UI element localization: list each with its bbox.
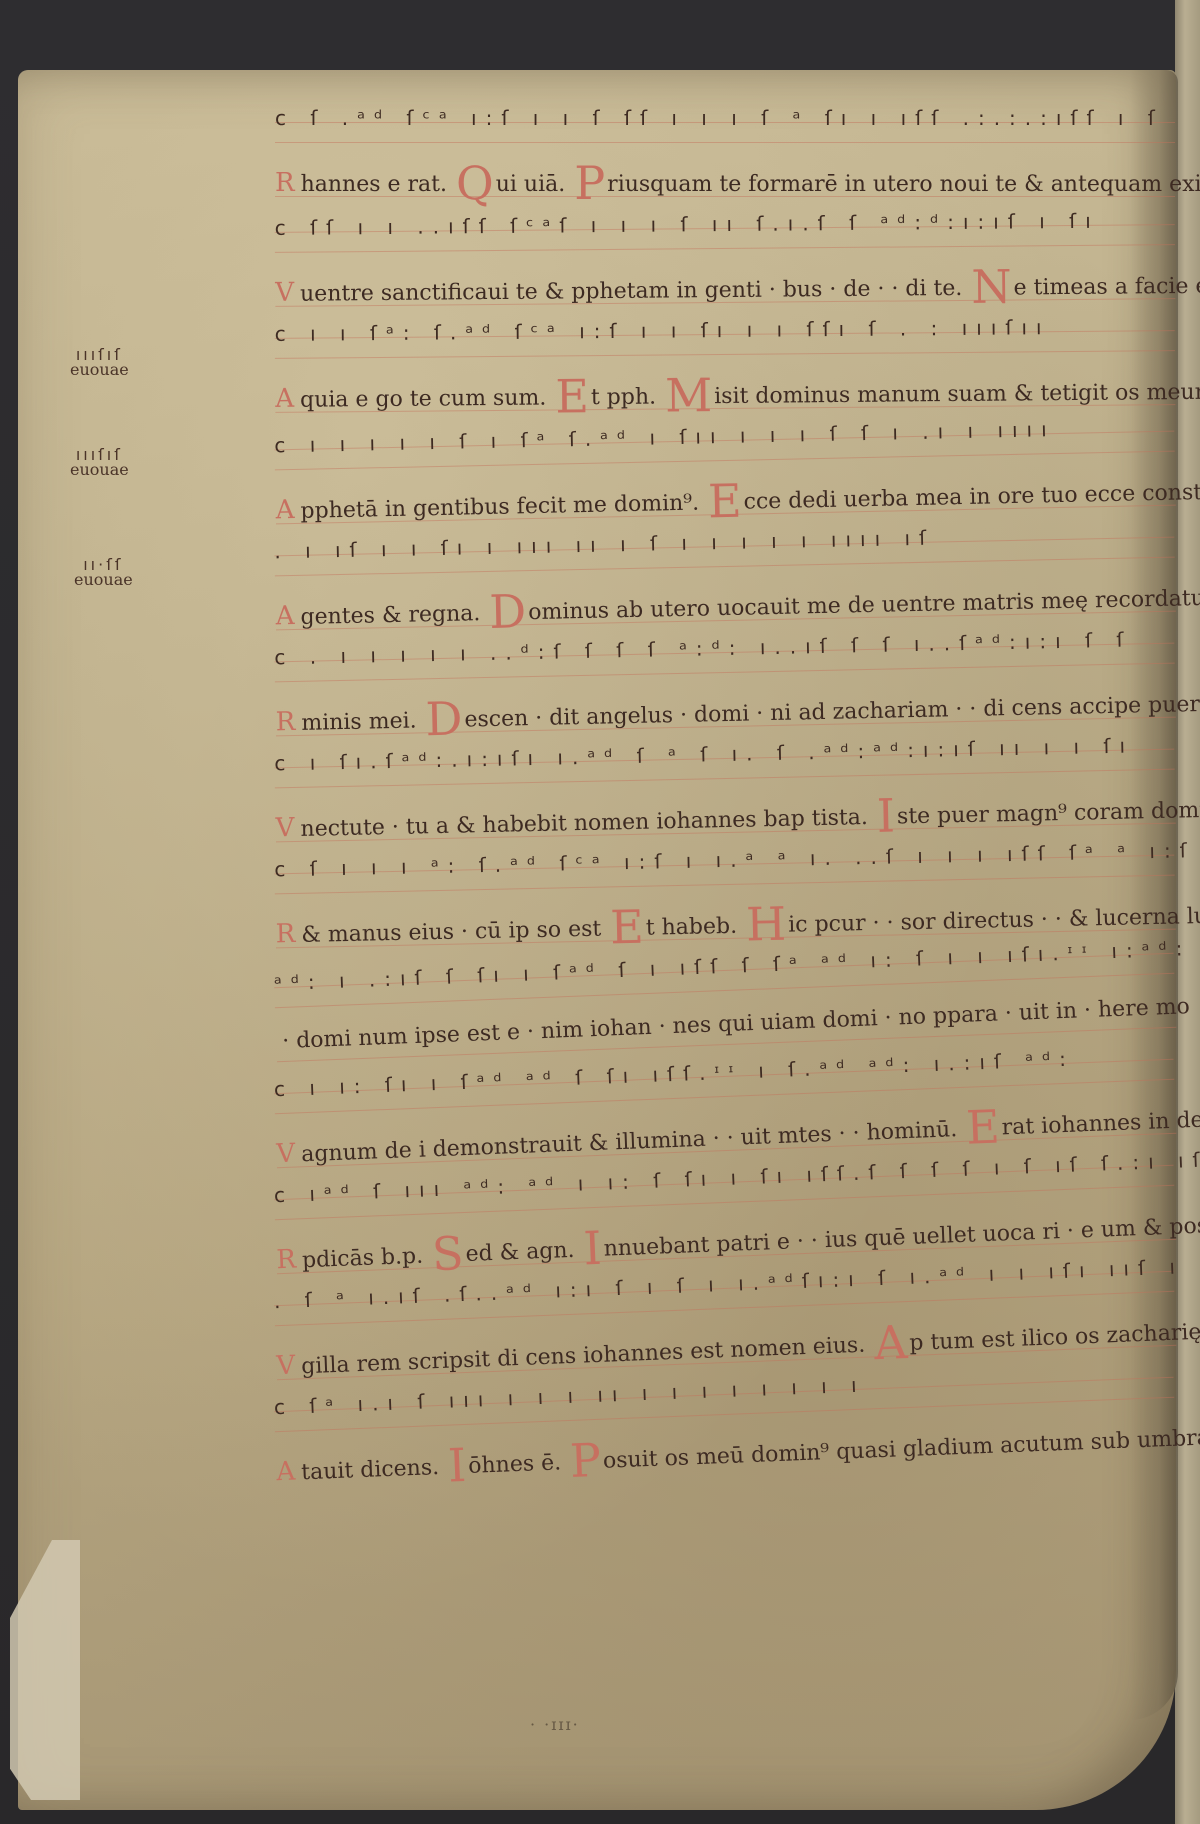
red-initial: I <box>447 1438 467 1493</box>
rubric-cue: A <box>276 1457 296 1488</box>
red-initial: Q <box>456 156 494 210</box>
rubric-cue: V <box>275 813 294 843</box>
rubric-cue: R <box>275 707 295 737</box>
red-initial: I <box>876 788 895 842</box>
text-line: Rhannes e rat. Qui uiā. Priusquam te for… <box>275 160 1200 206</box>
rubric-cue: A <box>275 601 294 631</box>
rubric-cue: R <box>276 1245 297 1276</box>
chant-system: c ı ſı.ſᵃᵈ:.ı:ıſı ı.ᵃᵈ ſ ᵃ ſ ı. ſ .ᵃᵈ:ᵃᵈ… <box>274 727 1176 852</box>
neume-line: . ı ıſ ı ı ſı ı ııı ıı ı ſ ı ı ı ı ı ııı… <box>274 526 935 564</box>
rubric-cue: A <box>275 495 294 525</box>
chant-system: c ı ı ı ı ı ſ ı ſᵃ ſ.ᵃᵈ ı ſıı ı ı ı ſ ſ … <box>274 409 1176 534</box>
red-initial: I <box>582 1221 602 1276</box>
rubric-cue <box>276 1025 277 1055</box>
rubric-cue: R <box>275 168 295 198</box>
margin-cue-1: ıııſıſ euouae <box>70 345 129 379</box>
red-initial: H <box>745 897 786 952</box>
neume-line: c ı ı ſᵃ: ſ.ᵃᵈ ſᶜᵃ ı:ſ ı ı ſı ı ı ſſı ſ … <box>275 315 1051 346</box>
chant-system: . ı ıſ ı ı ſı ı ııı ıı ı ſ ı ı ı ı ı ııı… <box>274 515 1176 640</box>
chant-system: c . ı ı ı ı ı ..ᵈ:ſ ſ ſ ſ ᵃ:ᵈ: ı..ıſ ſ ſ… <box>274 621 1176 746</box>
red-initial: S <box>431 1226 465 1281</box>
red-initial: D <box>425 692 463 747</box>
red-initial: D <box>489 584 527 639</box>
margin-cue-3: ıı·ſſ euouae <box>74 555 133 589</box>
neume-line: c ſſ ı ı ..ıſſ ſᶜᵃſ ı ı ı ſ ıı ſ.ı.ſ ſ ᵃ… <box>275 209 1100 240</box>
red-initial: E <box>965 1099 1001 1154</box>
rubric-cue: V <box>276 1351 296 1382</box>
folio-number: · ·ɪɪɪ· <box>530 1715 580 1734</box>
margin-euouae: euouae <box>74 570 133 589</box>
margin-euouae: euouae <box>70 460 129 479</box>
red-initial: P <box>569 1433 602 1488</box>
chant-system: c ſſ ı ı ..ıſſ ſᶜᵃſ ı ı ı ſ ıı ſ.ı.ſ ſ ᵃ… <box>275 202 1176 316</box>
rubric-cue: R <box>275 919 295 949</box>
text-line: Vuentre sanctificaui te & pphetam in gen… <box>275 261 1200 316</box>
red-initial: E <box>610 900 645 955</box>
red-initial: E <box>555 369 589 423</box>
rubric-cue: A <box>275 384 294 414</box>
chant-text-block: c ſ .ᵃᵈ ſᶜᵃ ı:ſ ı ı ſ ſſ ı ı ı ſ ᵃ ſı ı … <box>275 100 1175 1478</box>
red-initial: N <box>971 260 1012 314</box>
rubric-cue: V <box>275 278 294 308</box>
chant-system: c ſ .ᵃᵈ ſᶜᵃ ı:ſ ı ı ſ ſſ ı ı ı ſ ᵃ ſı ı … <box>275 100 1175 206</box>
margin-euouae: euouae <box>70 360 129 379</box>
rubric-cue: V <box>276 1139 296 1170</box>
red-initial: A <box>873 1315 908 1370</box>
red-initial: E <box>707 474 742 529</box>
red-initial: P <box>574 156 605 210</box>
red-initial: M <box>665 368 713 422</box>
neume-line: c ſ .ᵃᵈ ſᶜᵃ ı:ſ ı ı ſ ſſ ı ı ı ſ ᵃ ſı ı … <box>275 106 1164 130</box>
margin-cue-2: ıııſıſ euouae <box>70 445 129 479</box>
chant-system: c ı ı ſᵃ: ſ.ᵃᵈ ſᶜᵃ ı:ſ ı ı ſı ı ı ſſı ſ … <box>275 308 1176 422</box>
neume-line: c ı ı ı ı ı ſ ı ſᵃ ſ.ᵃᵈ ı ſıı ı ı ı ſ ſ … <box>274 417 1056 457</box>
